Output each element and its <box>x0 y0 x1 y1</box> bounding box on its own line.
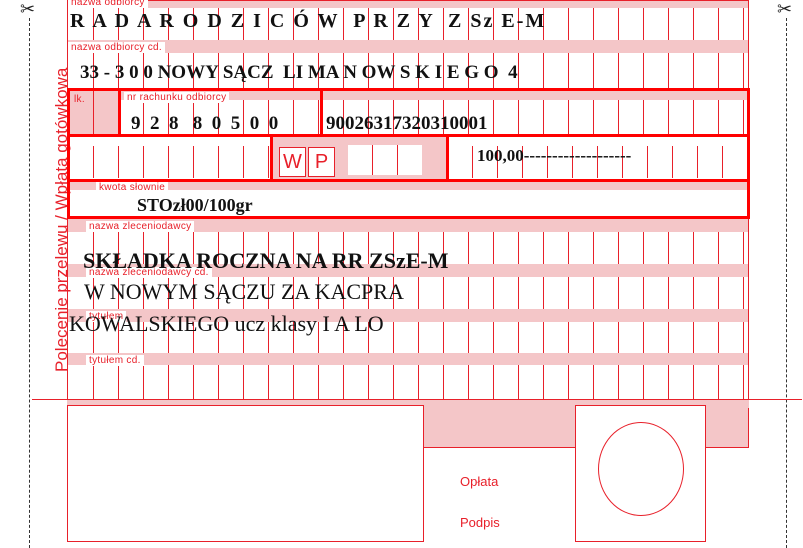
cell-divider <box>468 365 469 399</box>
blank-box <box>348 145 422 175</box>
cell-divider <box>668 322 669 353</box>
cell-divider <box>718 8 719 40</box>
cell-divider <box>693 365 694 399</box>
cell-divider <box>518 232 519 264</box>
cell-divider <box>693 277 694 309</box>
cell-divider <box>493 232 494 264</box>
cell-divider <box>418 365 419 399</box>
lk-label: lk. <box>71 94 88 105</box>
account-value-tail[interactable]: 90026317320310001 <box>326 113 488 135</box>
cell-divider <box>668 365 669 399</box>
cell-divider <box>593 365 594 399</box>
scissors-icon: ✂ <box>777 0 792 18</box>
cell-divider <box>693 322 694 353</box>
cell-divider <box>468 277 469 309</box>
bottom-left-box <box>67 405 424 542</box>
title-cont-label: tytułem cd. <box>86 355 144 366</box>
band <box>68 353 748 365</box>
cell-divider <box>543 232 544 264</box>
cell-divider <box>718 277 719 309</box>
cell-divider <box>568 277 569 309</box>
cell-divider <box>243 365 244 399</box>
cell-divider <box>643 8 644 40</box>
cell-divider <box>318 365 319 399</box>
recipient-cont-value[interactable]: 33 - 3 0 0 NOWY SĄCZ LI MA N OW S K I E … <box>80 62 518 84</box>
cell-divider <box>518 365 519 399</box>
cell-divider <box>743 365 744 399</box>
cell-divider <box>518 277 519 309</box>
cell-divider <box>543 277 544 309</box>
cell-divider <box>368 365 369 399</box>
cell-divider <box>643 232 644 264</box>
cell-divider <box>393 365 394 399</box>
cell-divider <box>443 365 444 399</box>
cell-divider <box>618 365 619 399</box>
recipient-value[interactable]: R A D A R O D Z I C Ó W P R Z Y Z Sz E-M <box>70 10 546 33</box>
cell-divider <box>418 322 419 353</box>
cell-divider <box>718 53 719 88</box>
payer-label: nazwa zleceniodawcy <box>86 221 194 232</box>
cell-divider <box>618 232 619 264</box>
cell-divider <box>618 322 619 353</box>
type-box-p[interactable]: P <box>308 147 335 177</box>
cell-divider <box>643 53 644 88</box>
account-value-spaced[interactable]: 9 2 8 8 0 5 0 0 <box>131 113 278 135</box>
band <box>68 40 748 53</box>
cell-divider <box>543 53 544 88</box>
cell-divider <box>393 322 394 353</box>
cell-divider <box>518 53 519 88</box>
payer-line-2[interactable]: W NOWYM SĄCZU ZA KACPRA <box>84 279 404 305</box>
cell-divider <box>743 232 744 264</box>
cell-divider <box>268 365 269 399</box>
cell-divider <box>593 277 594 309</box>
cell-divider <box>218 365 219 399</box>
account-divider <box>118 88 121 137</box>
payer-line-3[interactable]: KOWALSKIEGO ucz klasy I A LO <box>69 311 384 337</box>
cell-divider <box>643 322 644 353</box>
cell-divider <box>743 53 744 88</box>
cell-divider <box>593 8 594 40</box>
cell-divider <box>543 365 544 399</box>
band <box>68 0 748 8</box>
cell-divider <box>568 53 569 88</box>
cell-divider <box>468 232 469 264</box>
cell-divider <box>543 322 544 353</box>
recipient-label: nazwa odbiorcy <box>68 0 148 8</box>
cell-divider <box>193 365 194 399</box>
cell-divider <box>618 8 619 40</box>
cell-divider <box>93 365 94 399</box>
signature-label: Podpis <box>460 515 500 530</box>
cell-divider <box>493 277 494 309</box>
cell-divider <box>343 365 344 399</box>
scissors-icon: ✂ <box>20 0 35 18</box>
cell-divider <box>593 322 594 353</box>
amount-value[interactable]: 100,00------------------- <box>477 146 631 166</box>
cell-divider <box>743 277 744 309</box>
cut-line-right <box>786 18 787 548</box>
cell-divider <box>693 8 694 40</box>
cell-divider <box>618 277 619 309</box>
cell-divider <box>118 365 119 399</box>
cell-divider <box>468 322 469 353</box>
cell-divider <box>693 232 694 264</box>
currency-box <box>67 134 273 182</box>
cell-divider <box>668 232 669 264</box>
cell-divider <box>493 365 494 399</box>
account-label: nr rachunku odbiorcy <box>124 92 229 103</box>
cell-divider <box>143 365 144 399</box>
account-divider <box>320 88 323 137</box>
cell-divider <box>718 365 719 399</box>
amount-words-value[interactable]: STOzł00/100gr <box>137 195 253 216</box>
fee-label: Opłata <box>460 474 498 489</box>
cell-divider <box>643 365 644 399</box>
cell-divider <box>668 53 669 88</box>
type-box-w[interactable]: W <box>279 147 306 177</box>
cell-divider <box>168 365 169 399</box>
cell-divider <box>668 8 669 40</box>
cell-divider <box>568 8 569 40</box>
row-border <box>67 0 749 1</box>
cell-divider <box>668 277 669 309</box>
cell-divider <box>593 232 594 264</box>
cell-divider <box>443 322 444 353</box>
cell-divider <box>568 322 569 353</box>
cell-divider <box>643 277 644 309</box>
amount-words-label: kwota słownie <box>96 182 168 193</box>
payer-line-1[interactable]: SKŁADKA ROCZNA NA RR ZSzE-M <box>83 248 448 274</box>
cell-divider <box>493 322 494 353</box>
cell-divider <box>293 365 294 399</box>
cell-divider <box>718 322 719 353</box>
cell-divider <box>518 322 519 353</box>
lk-divider <box>93 91 94 134</box>
blank-box-divider <box>372 145 373 175</box>
cell-divider <box>418 277 419 309</box>
cell-divider <box>618 53 619 88</box>
band <box>70 182 747 190</box>
cell-divider <box>743 8 744 40</box>
recipient-cont-label: nazwa odbiorcy cd. <box>68 42 165 53</box>
cell-divider <box>693 53 694 88</box>
stamp-oval <box>598 422 684 516</box>
cell-divider <box>718 232 719 264</box>
cell-divider <box>743 322 744 353</box>
cell-divider <box>593 53 594 88</box>
cell-divider <box>568 365 569 399</box>
blank-box-divider <box>397 145 398 175</box>
cut-line-left <box>29 18 30 548</box>
cell-divider <box>443 277 444 309</box>
cell-divider <box>568 232 569 264</box>
